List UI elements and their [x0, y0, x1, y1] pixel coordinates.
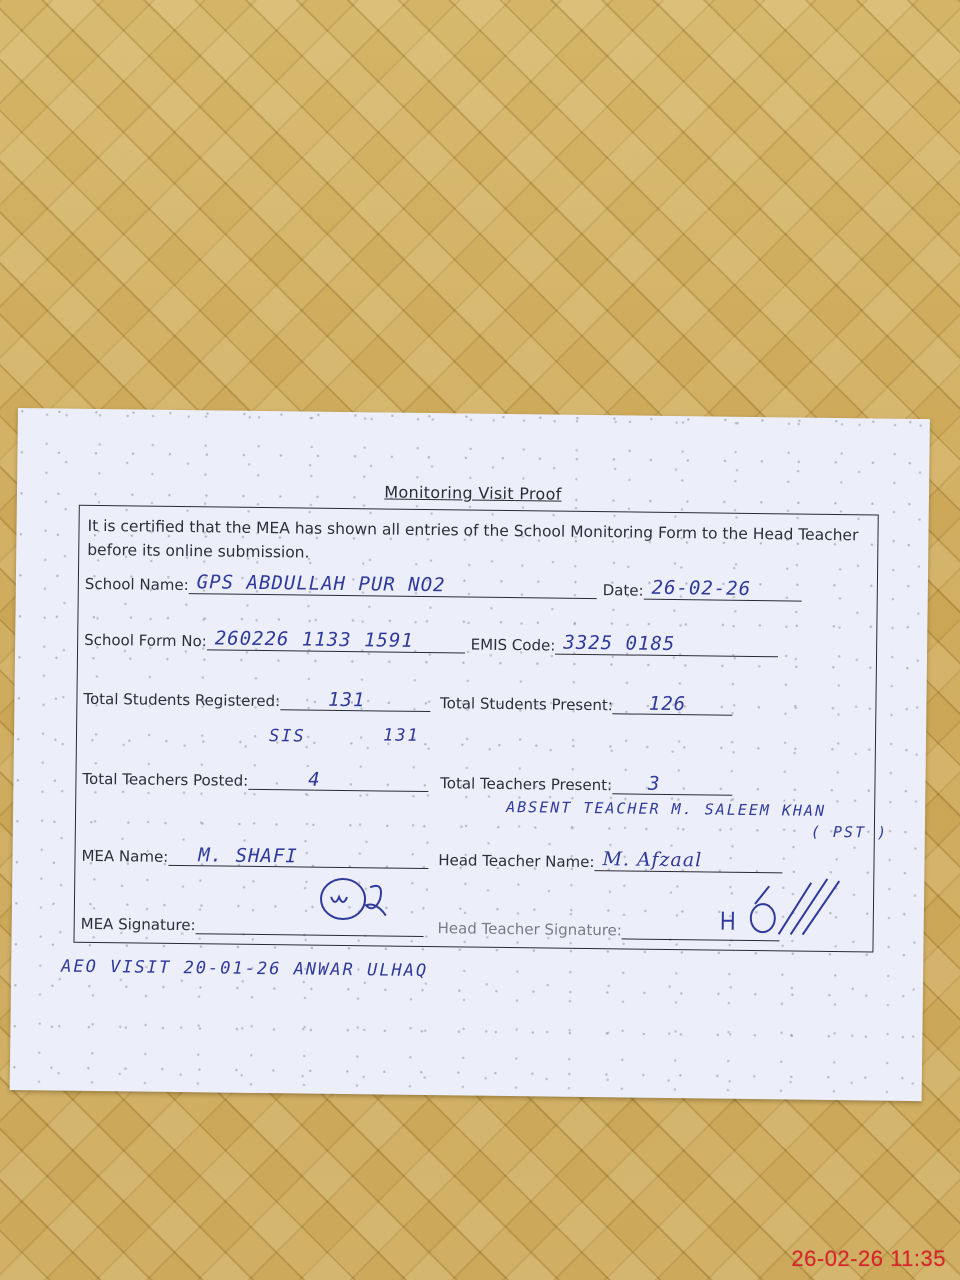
students-registered-value: 131 — [280, 688, 430, 712]
aeo-visit-note: AEO VISIT 20-01-26 ANWAR ULHAQ — [61, 957, 428, 981]
camera-timestamp: 26-02-26 11:35 — [791, 1246, 946, 1272]
certification-text: It is certified that the MEA has shown a… — [87, 514, 870, 572]
row-students: Total Students Registered: 131 Total Stu… — [83, 686, 869, 718]
school-form-no-value: 260226 1133 1591 — [207, 627, 465, 653]
students-present-label: Total Students Present: — [440, 694, 613, 714]
head-teacher-signature-label: Head Teacher Signature: — [437, 919, 622, 939]
sis-value: 131 — [383, 725, 420, 745]
date-label: Date: — [603, 581, 644, 599]
form-paper: Monitoring Visit Proof It is certified t… — [10, 408, 930, 1101]
mea-signature-label: MEA Signature: — [81, 915, 196, 934]
row-teachers: Total Teachers Posted: 4 Total Teachers … — [82, 766, 868, 798]
teachers-present-label: Total Teachers Present: — [440, 774, 612, 794]
form-title: Monitoring Visit Proof — [17, 478, 929, 508]
head-teacher-name-value: M. Afzaal — [594, 848, 782, 873]
date-value: 26-02-26 — [643, 577, 801, 602]
row-form-no: School Form No: 260226 1133 1591 EMIS Co… — [84, 626, 870, 659]
head-teacher-signature-mark — [715, 874, 856, 940]
students-registered-label: Total Students Registered: — [83, 690, 280, 710]
head-teacher-name-label: Head Teacher Name: — [438, 851, 594, 871]
absent-teacher-note: ABSENT TEACHER M. SALEEM KHAN — [506, 798, 826, 820]
students-present-value: 126 — [613, 692, 733, 715]
school-name-value: GPS ABDULLAH PUR NO2 — [189, 571, 597, 599]
school-name-label: School Name: — [85, 575, 189, 594]
school-form-no-label: School Form No: — [84, 631, 207, 650]
emis-code-label: EMIS Code: — [471, 636, 556, 655]
mea-name-value: M. SHAFI — [168, 844, 428, 869]
absent-teacher-post: ( PST ) — [811, 823, 888, 842]
teachers-posted-label: Total Teachers Posted: — [82, 770, 248, 790]
teachers-posted-value: 4 — [248, 768, 428, 792]
teachers-present-value: 3 — [612, 772, 732, 795]
sis-label: SIS — [269, 726, 306, 746]
emis-code-value: 3325 0185 — [555, 632, 778, 658]
row-school-name: School Name: GPS ABDULLAH PUR NO2 Date: … — [85, 570, 871, 603]
form-box: It is certified that the MEA has shown a… — [73, 505, 878, 953]
mea-name-label: MEA Name: — [81, 847, 168, 866]
row-names: MEA Name: M. SHAFI Head Teacher Name: M.… — [81, 842, 867, 875]
mea-signature-mark — [315, 869, 406, 930]
